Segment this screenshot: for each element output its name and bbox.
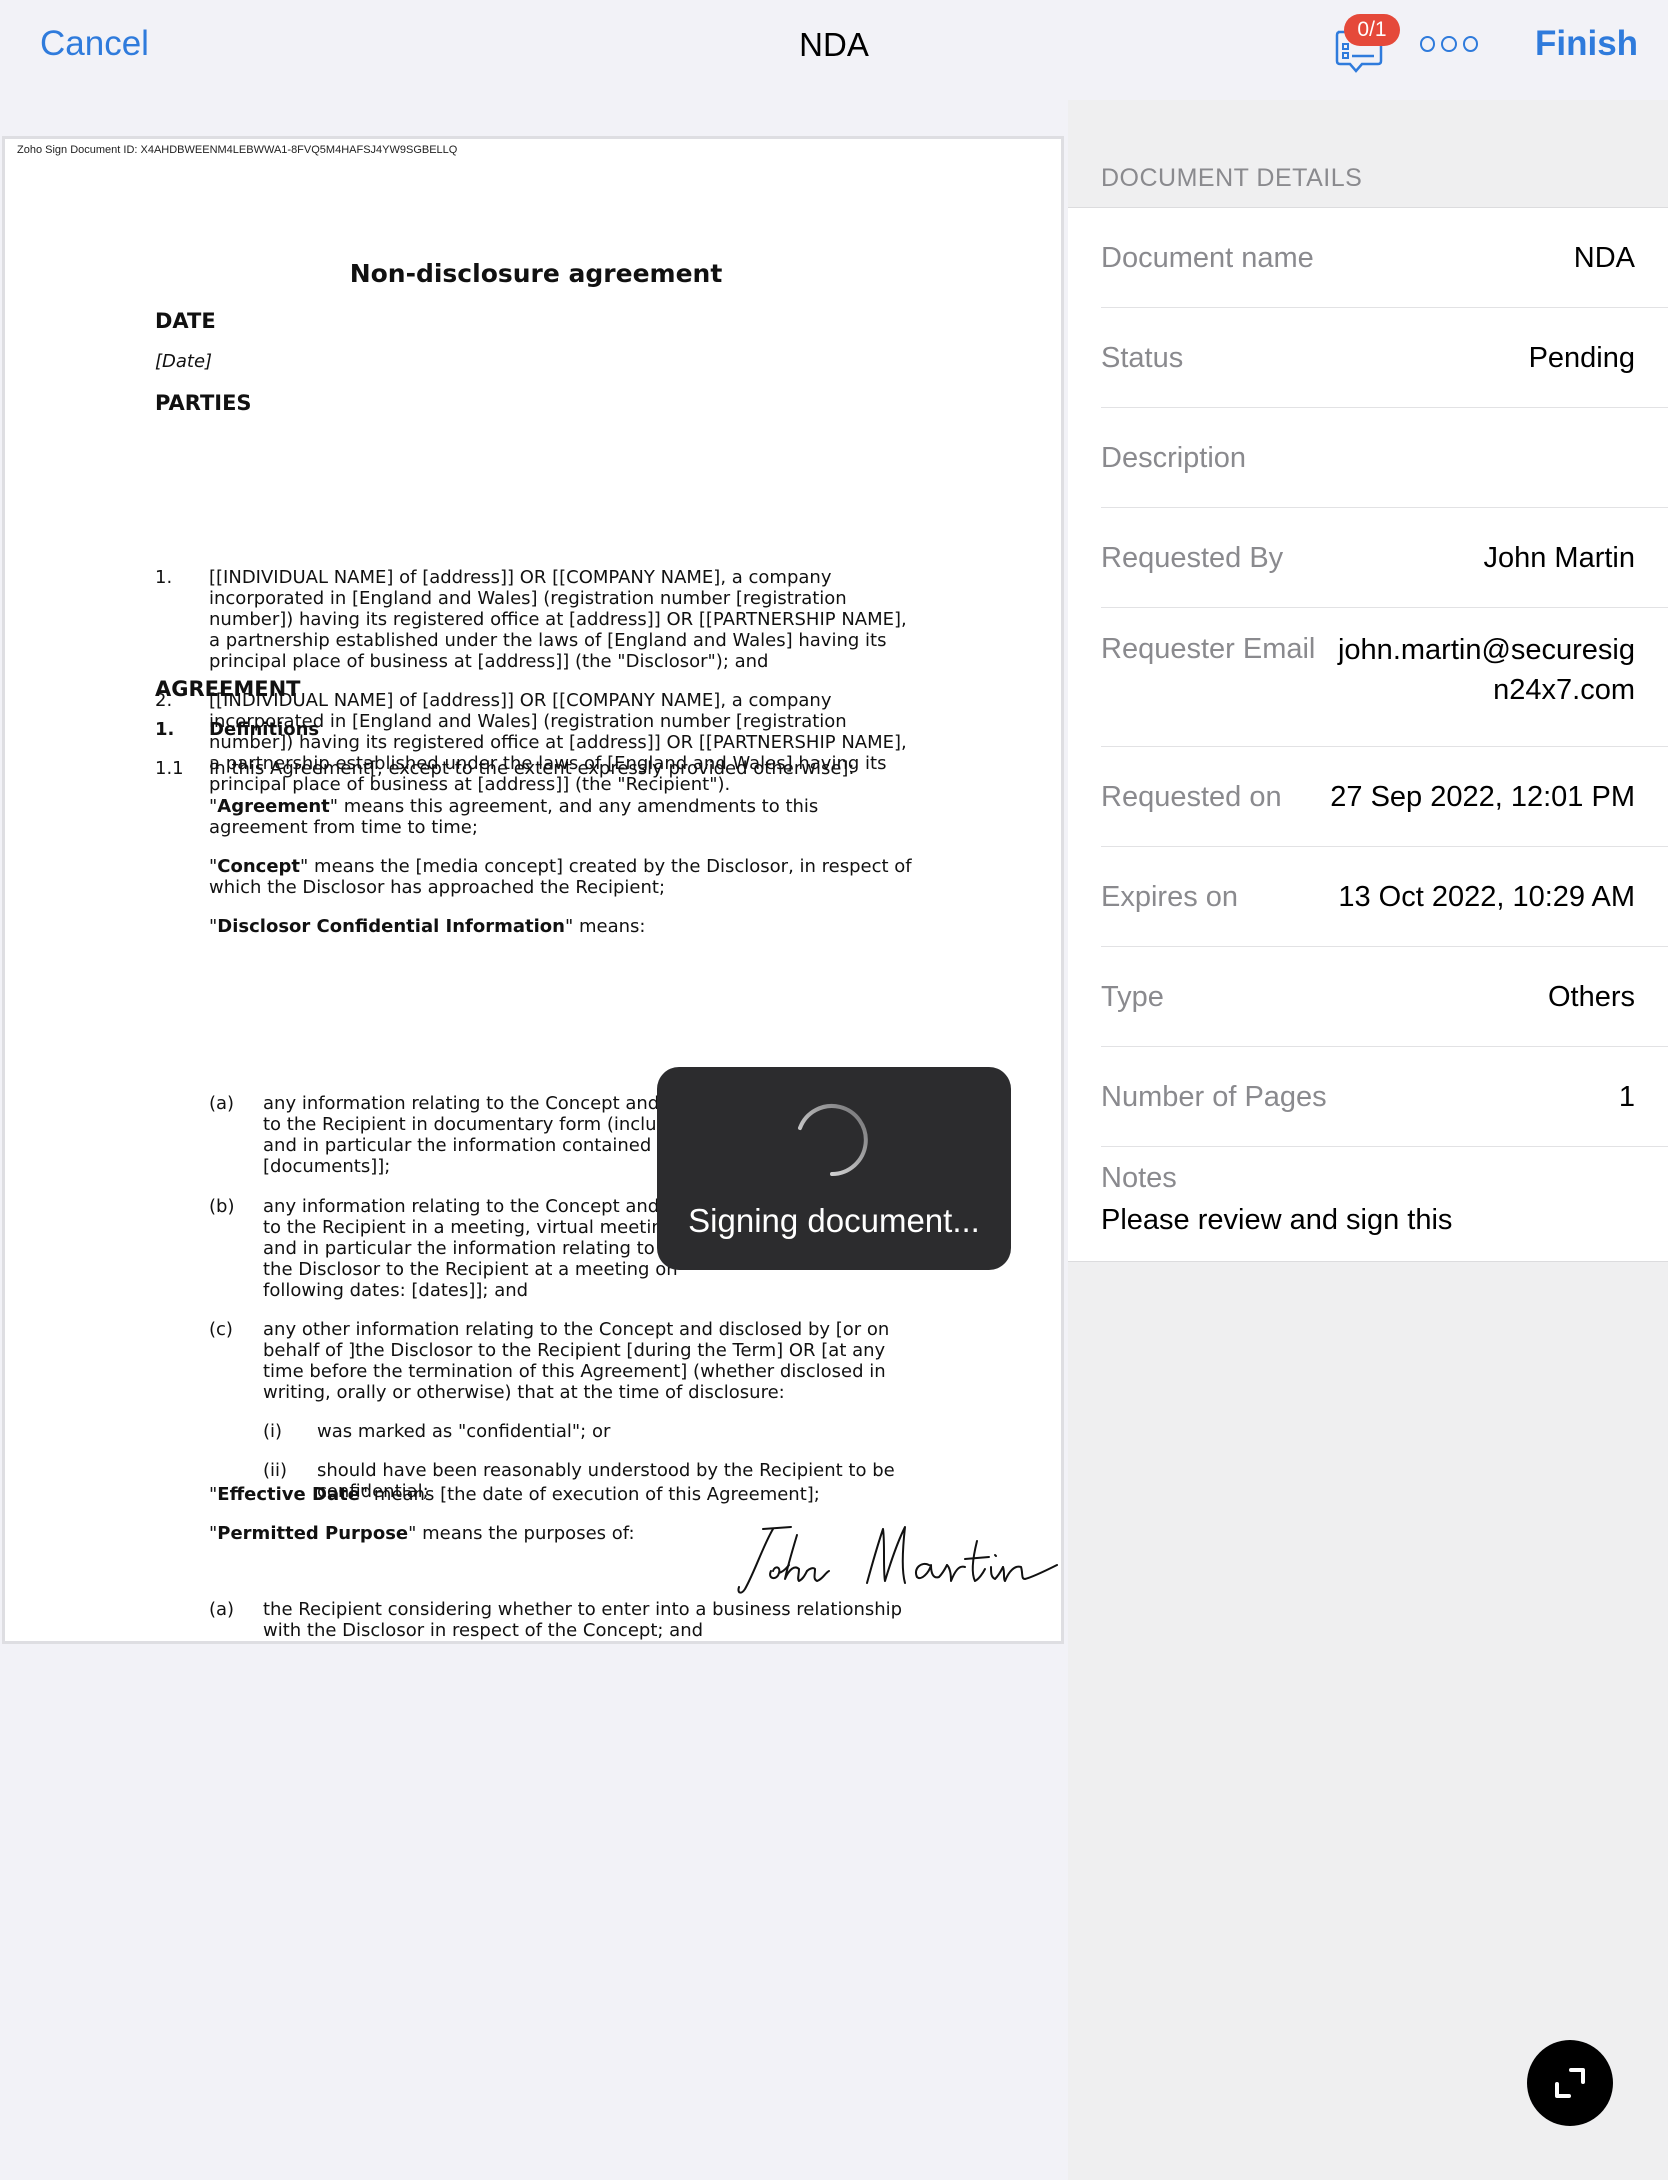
row-value: Others (1548, 981, 1635, 1014)
agreement-heading: AGREEMENT (155, 677, 301, 701)
hud-message: Signing document... (657, 1202, 1011, 1240)
document-viewer[interactable]: Zoho Sign Document ID: X4AHDBWEENM4LEBWW… (0, 100, 1068, 2180)
row-value: Pending (1529, 342, 1635, 375)
notes-value: Please review and sign this (1101, 1204, 1452, 1237)
more-icon-dot (1463, 36, 1478, 52)
definition-effective-date: "Effective Date" means [the date of exec… (209, 1484, 820, 1505)
details-row-description: Description (1101, 408, 1668, 508)
item-number: (i) (263, 1421, 282, 1442)
list-item: [[INDIVIDUAL NAME] of [address]] OR [[CO… (209, 567, 907, 672)
document-details-panel: DOCUMENT DETAILS Document nameNDAStatusP… (1068, 100, 1668, 2180)
date-heading: DATE (155, 309, 216, 333)
signature[interactable] (733, 1521, 1063, 1601)
definition-concept: "Concept" means the [media concept] crea… (209, 856, 912, 898)
row-label: Status (1101, 342, 1183, 375)
more-icon-dot (1441, 36, 1456, 52)
list-item: [[INDIVIDUAL NAME] of [address]] OR [[CO… (209, 690, 907, 795)
signing-progress-hud: Signing document... (657, 1067, 1011, 1270)
section-title: Definitions (209, 719, 319, 740)
date-value: [Date] (155, 351, 212, 372)
row-label: Document name (1101, 242, 1314, 275)
finish-button[interactable]: Finish (1535, 24, 1638, 64)
item-number: (a) (209, 1599, 234, 1620)
definition-agreement: "Agreement" means this agreement, and an… (209, 796, 818, 838)
spinner-icon (794, 1102, 870, 1178)
row-label: Requester Email (1101, 633, 1315, 666)
cancel-button[interactable]: Cancel (40, 24, 149, 64)
row-label: Type (1101, 981, 1164, 1014)
details-row-requested-by: Requested ByJohn Martin (1101, 508, 1668, 608)
row-value: john.martin@securesign24x7.com (1325, 630, 1635, 710)
document-id: Zoho Sign Document ID: X4AHDBWEENM4LEBWW… (17, 144, 457, 156)
details-row-requested-on: Requested on27 Sep 2022, 12:01 PM (1101, 747, 1668, 847)
definition-dci: "Disclosor Confidential Information" mea… (209, 916, 645, 937)
term: Agreement (217, 796, 330, 817)
row-label: Description (1101, 442, 1246, 475)
item-number: (a) (209, 1093, 234, 1114)
list-item: any other information relating to the Co… (263, 1319, 889, 1403)
details-header: DOCUMENT DETAILS (1101, 164, 1362, 193)
list-item: was marked as "confidential"; or (317, 1421, 610, 1442)
term: Effective Date (217, 1484, 360, 1505)
term: Concept (217, 856, 300, 877)
document-page[interactable]: Zoho Sign Document ID: X4AHDBWEENM4LEBWW… (2, 136, 1064, 1644)
details-list: Document nameNDAStatusPendingDescription… (1068, 207, 1668, 1262)
expand-button[interactable] (1527, 2040, 1613, 2126)
notes-label: Notes (1101, 1162, 1177, 1195)
more-icon-dot (1420, 36, 1435, 52)
details-row-number-of-pages: Number of Pages1 (1101, 1047, 1668, 1147)
list-item: the Recipient considering whether to ent… (263, 1599, 902, 1641)
list-item: any information relating to the Concept … (263, 1196, 678, 1301)
details-row-notes: Notes Please review and sign this (1101, 1147, 1668, 1261)
row-value: 13 Oct 2022, 10:29 AM (1338, 881, 1635, 914)
page-title: NDA (0, 26, 1668, 64)
expand-icon (1549, 2062, 1591, 2104)
term: Disclosor Confidential Information (217, 916, 565, 937)
item-number: (c) (209, 1319, 233, 1340)
definition-permitted-purpose: "Permitted Purpose" means the purposes o… (209, 1523, 635, 1544)
section-number: 1. (155, 719, 174, 740)
navigation-bar: Cancel NDA 0/1 Finish (0, 0, 1668, 100)
more-button[interactable] (1420, 36, 1478, 56)
row-value: 27 Sep 2022, 12:01 PM (1330, 781, 1635, 814)
clause-text: In this Agreement[, except to the extent… (209, 758, 855, 779)
parties-heading: PARTIES (155, 391, 252, 415)
fields-count-badge: 0/1 (1344, 14, 1400, 46)
row-label: Requested on (1101, 781, 1282, 814)
row-value: John Martin (1483, 542, 1635, 575)
item-number: (ii) (263, 1460, 287, 1481)
details-row-requester-email: Requester Emailjohn.martin@securesign24x… (1101, 608, 1668, 747)
row-label: Number of Pages (1101, 1081, 1327, 1114)
term: Permitted Purpose (217, 1523, 408, 1544)
clause-number: 1.1 (155, 758, 184, 779)
row-label: Requested By (1101, 542, 1283, 575)
row-value: NDA (1574, 242, 1635, 275)
details-row-document-name: Document nameNDA (1101, 208, 1668, 308)
details-row-status: StatusPending (1101, 308, 1668, 408)
row-label: Expires on (1101, 881, 1238, 914)
document-title: Non-disclosure agreement (5, 259, 1067, 288)
row-value: 1 (1619, 1081, 1635, 1114)
details-row-expires-on: Expires on13 Oct 2022, 10:29 AM (1101, 847, 1668, 947)
item-number: (b) (209, 1196, 234, 1217)
item-number: 1. (155, 567, 172, 588)
details-row-type: TypeOthers (1101, 947, 1668, 1047)
